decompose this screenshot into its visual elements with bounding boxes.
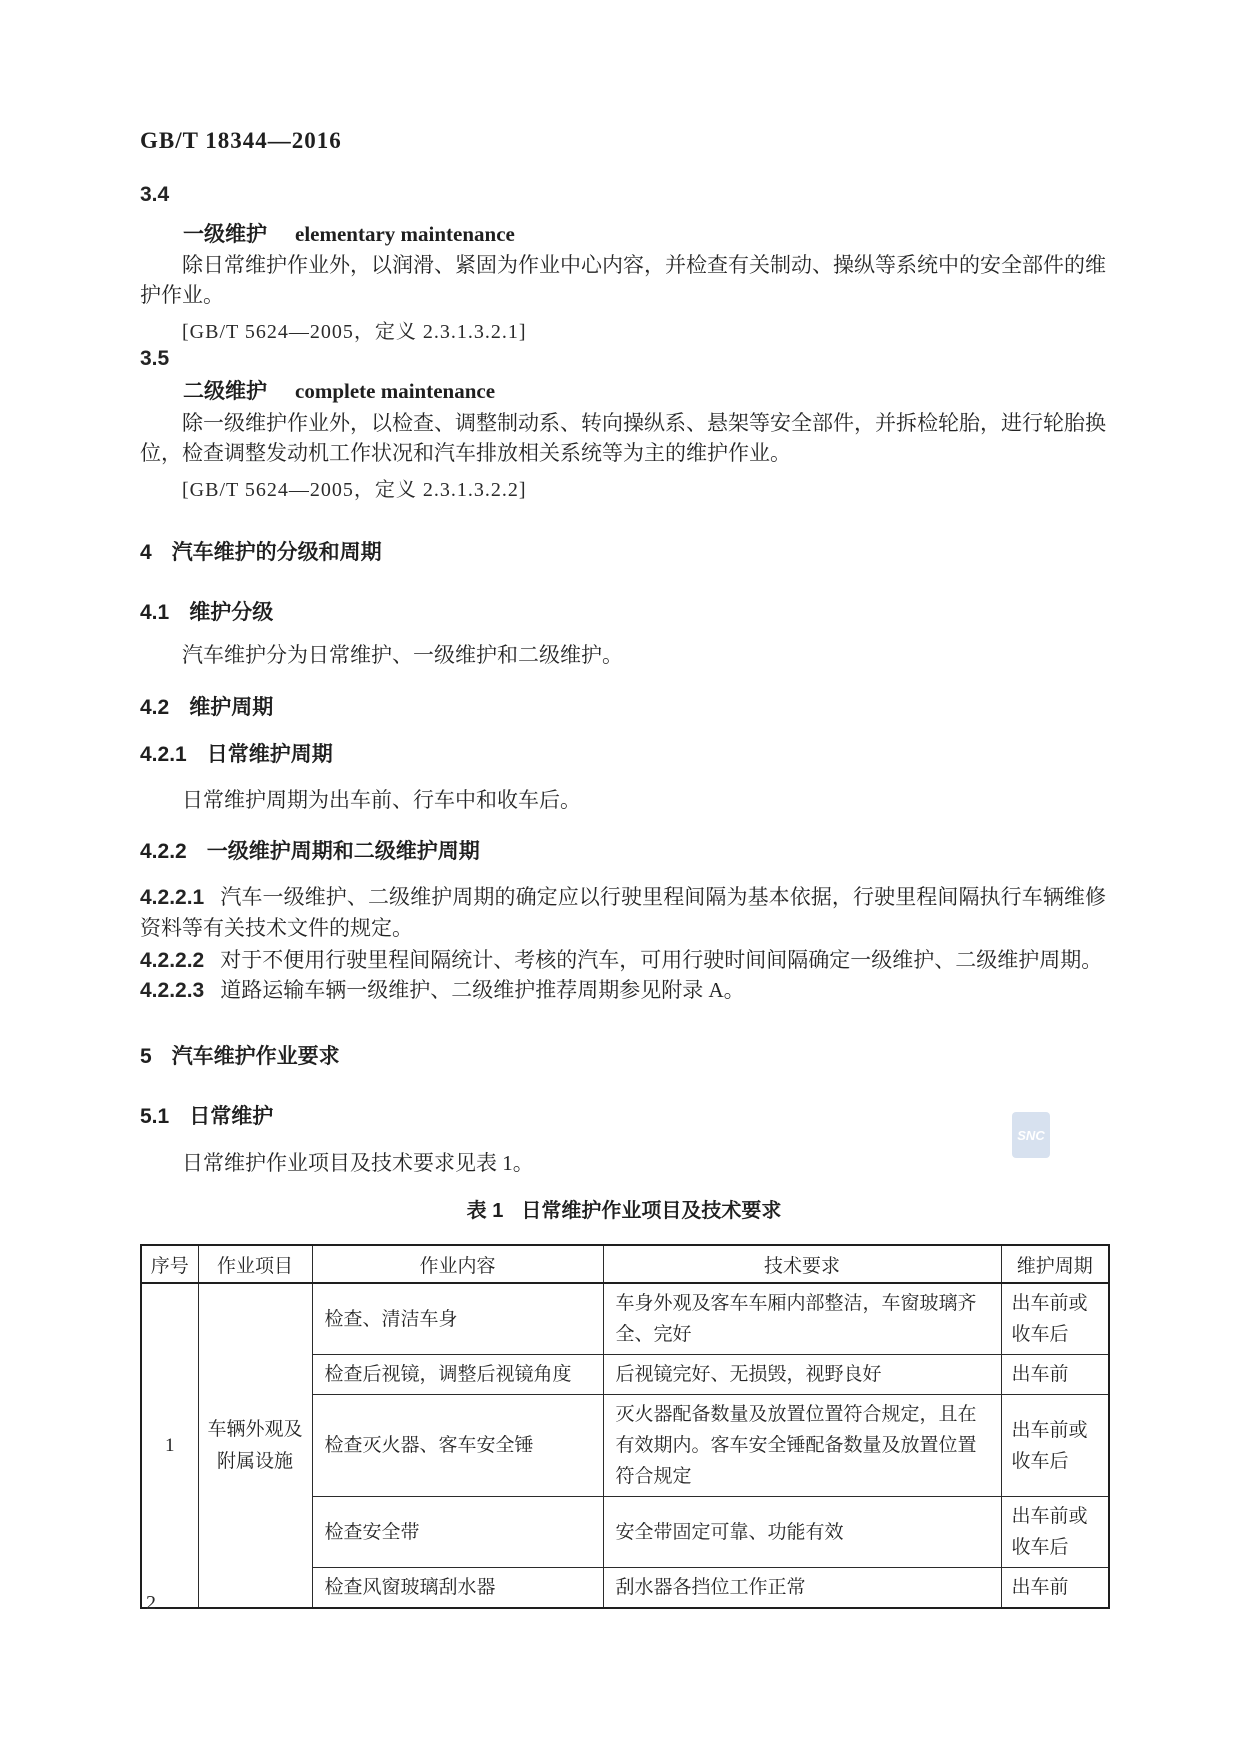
- term-3-4-en: elementary maintenance: [295, 222, 515, 246]
- table-1-caption: 表 1日常维护作业项目及技术要求: [140, 1194, 1108, 1223]
- heading-clause-4-2-2-title: 一级维护周期和二级维护周期: [207, 840, 480, 863]
- heading-clause-4-2-title: 维护周期: [189, 696, 273, 719]
- table-1: 序号 作业项目 作业内容 技术要求 维护周期 1 车辆外观及附属设施 检查、清洁…: [140, 1244, 1110, 1609]
- column-header-seq: 序号: [141, 1245, 198, 1283]
- clause-4-2-2-3-number: 4.2.2.3: [140, 979, 204, 1002]
- table-1-caption-title: 日常维护作业项目及技术要求: [521, 1200, 781, 1222]
- table-1-caption-number: 表 1: [467, 1200, 504, 1222]
- heading-clause-4-2: 4.2维护周期: [140, 691, 273, 721]
- term-3-5-number: 3.5: [140, 347, 169, 371]
- cell-seq-1: 1: [141, 1283, 198, 1608]
- doc-code-header: GB/T 18344—2016: [140, 128, 342, 154]
- clause-4-2-2-2-text: 对于不便用行驶里程间隔统计、考核的汽车，可用行驶时间间隔确定一级维护、二级维护周…: [220, 948, 1102, 972]
- term-3-5-line: 二级维护complete maintenance: [183, 375, 495, 405]
- cell-period: 出车前或收车后: [1001, 1395, 1109, 1497]
- table-row: 1 车辆外观及附属设施 检查、清洁车身 车身外观及客车车厢内部整洁，车窗玻璃齐全…: [141, 1283, 1109, 1355]
- heading-clause-4-1: 4.1维护分级: [140, 596, 273, 626]
- clause-4-2-2-3-text: 道路运输车辆一级维护、二级维护推荐周期参见附录 A。: [220, 978, 744, 1002]
- page-number: 2: [146, 1592, 156, 1615]
- cell-requirement: 安全带固定可靠、功能有效: [603, 1497, 1001, 1568]
- cell-period: 出车前: [1001, 1355, 1109, 1395]
- heading-clause-4-2-number: 4.2: [140, 696, 169, 719]
- cell-period: 出车前或收车后: [1001, 1283, 1109, 1355]
- paragraph-4-2-2-3: 4.2.2.3道路运输车辆一级维护、二级维护推荐周期参见附录 A。: [140, 975, 1106, 1006]
- cell-content: 检查风窗玻璃刮水器: [312, 1568, 603, 1609]
- heading-clause-4-1-number: 4.1: [140, 601, 169, 624]
- table-header-row: 序号 作业项目 作业内容 技术要求 维护周期: [141, 1245, 1109, 1283]
- heading-clause-5-number: 5: [140, 1045, 152, 1068]
- clause-4-2-2-2-number: 4.2.2.2: [140, 949, 204, 972]
- clause-4-2-2-1-text: 汽车一级维护、二级维护周期的确定应以行驶里程间隔为基本依据，行驶里程间隔执行车辆…: [140, 885, 1106, 940]
- cell-content: 检查后视镜，调整后视镜角度: [312, 1355, 603, 1395]
- heading-clause-4-1-title: 维护分级: [189, 601, 273, 624]
- cell-content: 检查灭火器、客车安全锤: [312, 1395, 603, 1497]
- heading-clause-4-number: 4: [140, 541, 152, 564]
- column-header-requirement: 技术要求: [603, 1245, 1001, 1283]
- heading-clause-4: 4汽车维护的分级和周期: [140, 536, 382, 566]
- heading-clause-5: 5汽车维护作业要求: [140, 1040, 340, 1070]
- term-3-4-number: 3.4: [140, 183, 169, 207]
- heading-clause-4-2-1-title: 日常维护周期: [207, 743, 333, 766]
- term-3-5-definition: 除一级维护作业外，以检查、调整制动系、转向操纵系、悬架等安全部件，并拆检轮胎，进…: [140, 408, 1106, 468]
- column-header-item: 作业项目: [198, 1245, 312, 1283]
- heading-clause-4-title: 汽车维护的分级和周期: [172, 541, 382, 564]
- cell-period: 出车前或收车后: [1001, 1497, 1109, 1568]
- heading-clause-5-title: 汽车维护作业要求: [172, 1045, 340, 1068]
- clause-4-2-2-1-number: 4.2.2.1: [140, 886, 204, 909]
- term-3-4-reference: [GB/T 5624—2005，定义 2.3.1.3.2.1]: [182, 315, 527, 344]
- snc-watermark-logo: SNC: [1012, 1112, 1050, 1158]
- term-3-5-zh: 二级维护: [183, 380, 267, 403]
- paragraph-4-2-2-2: 4.2.2.2对于不便用行驶里程间隔统计、考核的汽车，可用行驶时间间隔确定一级维…: [140, 945, 1106, 976]
- term-3-5-reference: [GB/T 5624—2005，定义 2.3.1.3.2.2]: [182, 473, 527, 502]
- cell-requirement: 刮水器各挡位工作正常: [603, 1568, 1001, 1609]
- term-3-5-en: complete maintenance: [295, 379, 495, 403]
- heading-clause-4-2-1-number: 4.2.1: [140, 743, 187, 766]
- term-3-4-definition: 除日常维护作业外，以润滑、紧固为作业中心内容，并检查有关制动、操纵等系统中的安全…: [140, 250, 1106, 310]
- cell-requirement: 车身外观及客车车厢内部整洁，车窗玻璃齐全、完好: [603, 1283, 1001, 1355]
- cell-requirement: 灭火器配备数量及放置位置符合规定，且在有效期内。客车安全锤配备数量及放置位置符合…: [603, 1395, 1001, 1497]
- cell-requirement: 后视镜完好、无损毁，视野良好: [603, 1355, 1001, 1395]
- paragraph-5-1: 日常维护作业项目及技术要求见表 1。: [140, 1148, 1106, 1178]
- heading-clause-4-2-1: 4.2.1日常维护周期: [140, 738, 333, 768]
- heading-clause-5-1-title: 日常维护: [189, 1105, 273, 1128]
- term-3-4-line: 一级维护elementary maintenance: [183, 218, 515, 248]
- heading-clause-4-2-2-number: 4.2.2: [140, 840, 187, 863]
- cell-item-group-1: 车辆外观及附属设施: [198, 1283, 312, 1608]
- heading-clause-4-2-2: 4.2.2一级维护周期和二级维护周期: [140, 835, 480, 865]
- heading-clause-5-1: 5.1日常维护: [140, 1100, 273, 1130]
- paragraph-4-2-1: 日常维护周期为出车前、行车中和收车后。: [140, 785, 1106, 815]
- column-header-period: 维护周期: [1001, 1245, 1109, 1283]
- term-3-4-zh: 一级维护: [183, 223, 267, 246]
- heading-clause-5-1-number: 5.1: [140, 1105, 169, 1128]
- paragraph-4-2-2-1: 4.2.2.1汽车一级维护、二级维护周期的确定应以行驶里程间隔为基本依据，行驶里…: [140, 882, 1106, 943]
- cell-content: 检查安全带: [312, 1497, 603, 1568]
- paragraph-4-1: 汽车维护分为日常维护、一级维护和二级维护。: [140, 640, 1106, 670]
- cell-content: 检查、清洁车身: [312, 1283, 603, 1355]
- column-header-content: 作业内容: [312, 1245, 603, 1283]
- cell-period: 出车前: [1001, 1568, 1109, 1609]
